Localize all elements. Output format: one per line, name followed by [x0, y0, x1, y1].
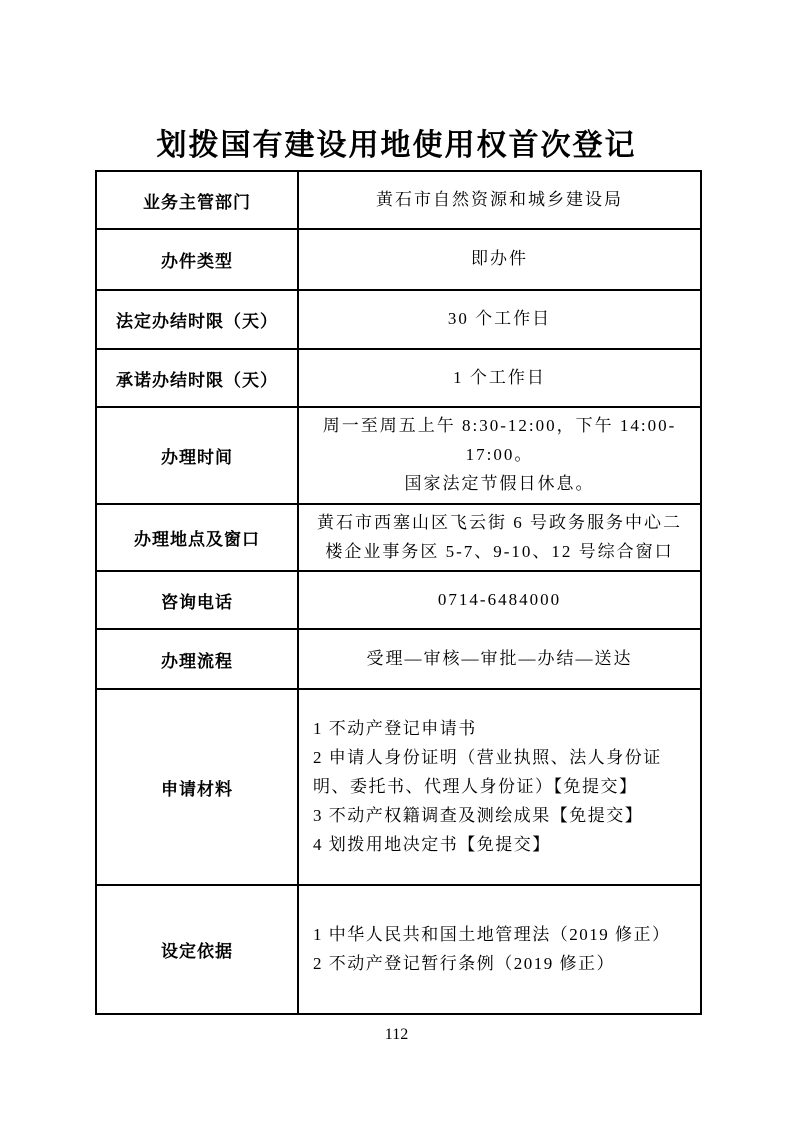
label-statutory-time-limit: 法定办结时限（天） — [96, 290, 298, 349]
label-supervising-department: 业务主管部门 — [96, 171, 298, 229]
table-row-handling-time: 办理时间 周一至周五上午 8:30-12:00，下午 14:00-17:00。 … — [96, 407, 701, 504]
value-statutory-time-limit: 30 个工作日 — [298, 290, 701, 349]
value-handling-location: 黄石市西塞山区飞云街 6 号政务服务中心二楼企业事务区 5-7、9-10、12 … — [298, 504, 701, 572]
table-row-handling-location: 办理地点及窗口 黄石市西塞山区飞云街 6 号政务服务中心二楼企业事务区 5-7、… — [96, 504, 701, 572]
value-promised-time-limit: 1 个工作日 — [298, 349, 701, 407]
label-handling-process: 办理流程 — [96, 629, 298, 689]
table-row-consultation-phone: 咨询电话 0714-6484000 — [96, 571, 701, 629]
label-application-materials: 申请材料 — [96, 689, 298, 885]
value-consultation-phone: 0714-6484000 — [298, 571, 701, 629]
label-promised-time-limit: 承诺办结时限（天） — [96, 349, 298, 407]
table-row-legal-basis: 设定依据 1 中华人民共和国土地管理法（2019 修正） 2 不动产登记暂行条例… — [96, 885, 701, 1014]
table-row-application-materials: 申请材料 1 不动产登记申请书 2 申请人身份证明（营业执照、法人身份证明、委托… — [96, 689, 701, 885]
value-legal-basis: 1 中华人民共和国土地管理法（2019 修正） 2 不动产登记暂行条例（2019… — [298, 885, 701, 1014]
value-application-materials: 1 不动产登记申请书 2 申请人身份证明（营业执照、法人身份证明、委托书、代理人… — [298, 689, 701, 885]
value-item-type: 即办件 — [298, 229, 701, 290]
value-handling-process: 受理—审核—审批—办结—送达 — [298, 629, 701, 689]
label-legal-basis: 设定依据 — [96, 885, 298, 1014]
service-info-table: 业务主管部门 黄石市自然资源和城乡建设局 办件类型 即办件 法定办结时限（天） … — [95, 170, 702, 1015]
table-row-supervising-department: 业务主管部门 黄石市自然资源和城乡建设局 — [96, 171, 701, 229]
page-number: 112 — [0, 1026, 793, 1044]
label-item-type: 办件类型 — [96, 229, 298, 290]
label-handling-time: 办理时间 — [96, 407, 298, 504]
value-supervising-department: 黄石市自然资源和城乡建设局 — [298, 171, 701, 229]
value-handling-time: 周一至周五上午 8:30-12:00，下午 14:00-17:00。 国家法定节… — [298, 407, 701, 504]
label-consultation-phone: 咨询电话 — [96, 571, 298, 629]
table-row-statutory-time-limit: 法定办结时限（天） 30 个工作日 — [96, 290, 701, 349]
table-row-promised-time-limit: 承诺办结时限（天） 1 个工作日 — [96, 349, 701, 407]
table-row-item-type: 办件类型 即办件 — [96, 229, 701, 290]
document-page: 划拨国有建设用地使用权首次登记 业务主管部门 黄石市自然资源和城乡建设局 办件类… — [0, 0, 793, 1122]
label-handling-location: 办理地点及窗口 — [96, 504, 298, 572]
page-title: 划拨国有建设用地使用权首次登记 — [0, 128, 793, 164]
table-row-handling-process: 办理流程 受理—审核—审批—办结—送达 — [96, 629, 701, 689]
